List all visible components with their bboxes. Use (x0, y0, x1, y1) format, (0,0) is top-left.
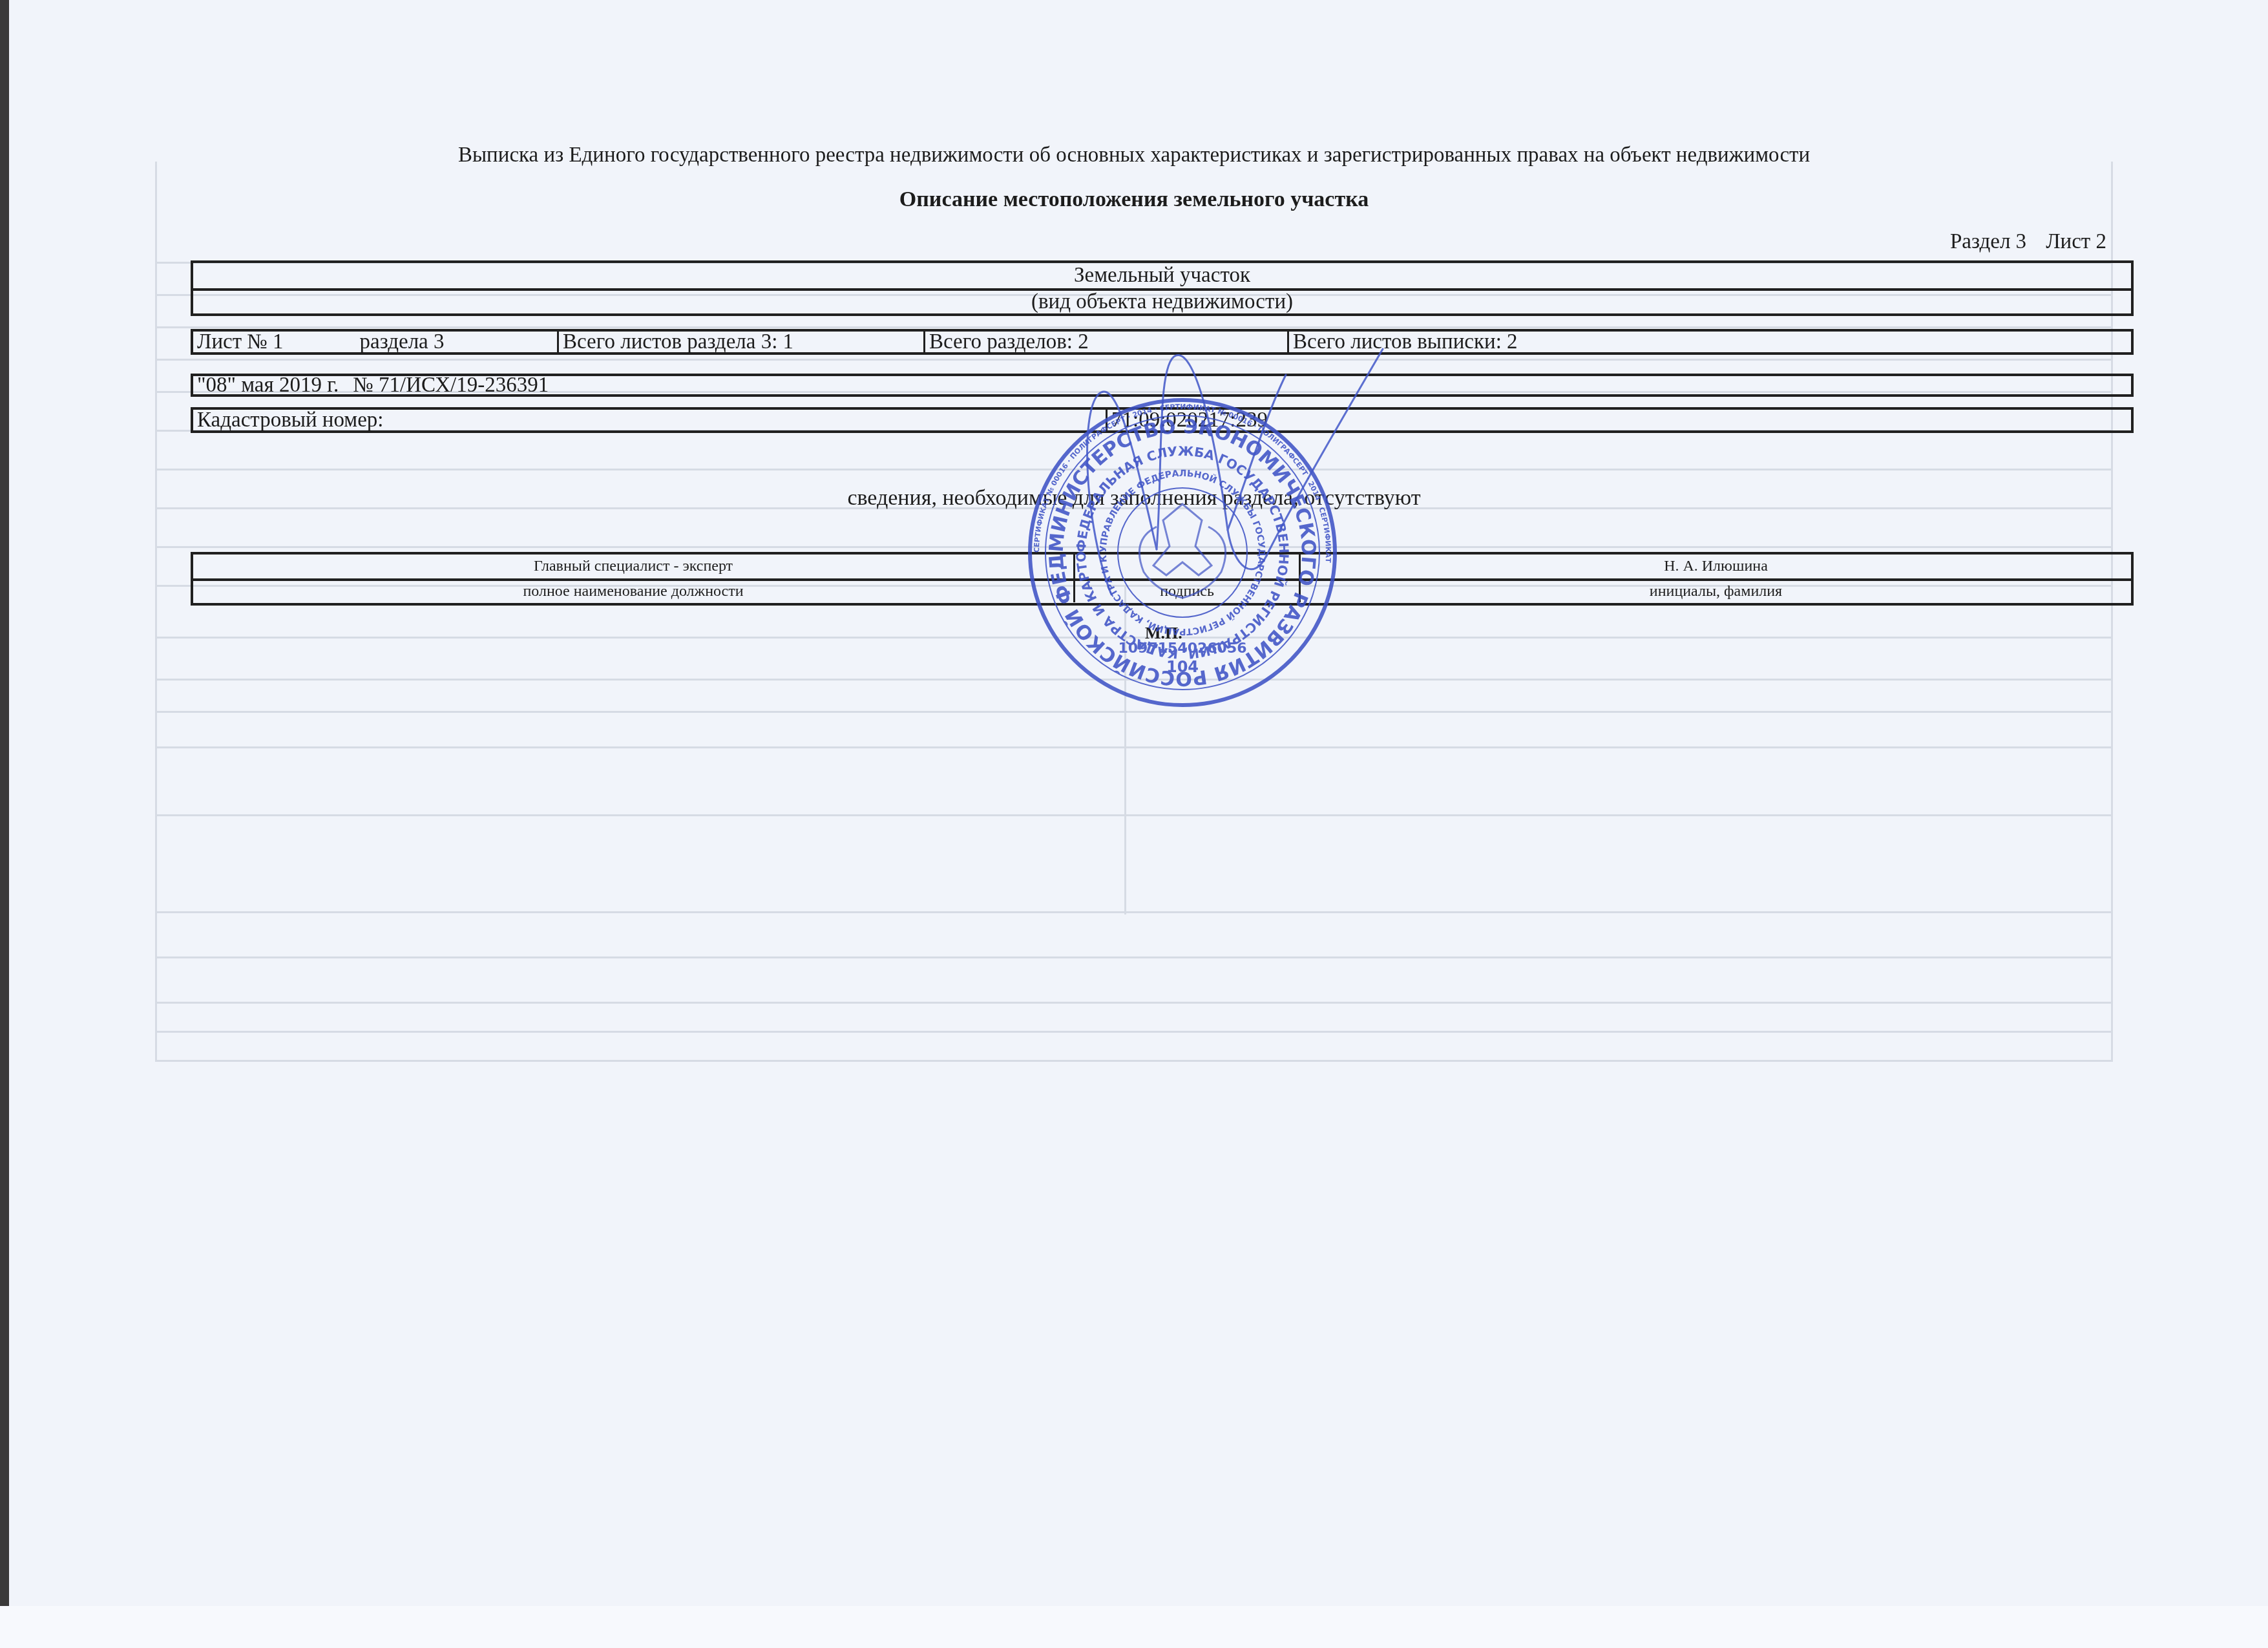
total-sections: Всего разделов: 2 (923, 332, 1287, 352)
object-type-value: Земельный участок (193, 263, 2131, 288)
official-name: Н. А. Илюшина (1299, 555, 2131, 578)
sheet-number-cell: Лист № 1 раздела 3 (193, 332, 557, 352)
position-caption: полное наименование должности (193, 581, 1073, 602)
sheet-info-row: Лист № 1 раздела 3 Всего листов раздела … (191, 329, 2134, 355)
scan-edge (0, 0, 9, 1606)
stamp-place-label: М.П. (1145, 624, 1182, 643)
signature-field (1073, 555, 1299, 578)
issue-date: "08" мая 2019 г. (197, 374, 339, 397)
name-caption: инициалы, фамилия (1299, 581, 2131, 602)
section-sheet-indicator: Раздел 3Лист 2 (1950, 230, 2106, 254)
missing-data-note: сведения, необходимые для заполнения раз… (0, 486, 2268, 511)
cadastral-value: 71:09:020217:239 (1106, 410, 2131, 430)
document-title: Выписка из Единого государственного реес… (0, 143, 2268, 167)
document-subtitle: Описание местоположения земельного участ… (0, 187, 2268, 212)
object-type-box: Земельный участок (вид объекта недвижимо… (191, 260, 2134, 316)
total-sheets-extract: Всего листов выписки: 2 (1287, 332, 2131, 352)
issue-date-row: "08" мая 2019 г. № 71/ИСХ/19-236391 (191, 374, 2134, 397)
signature-block: Главный специалист - эксперт Н. А. Илюши… (191, 552, 2134, 606)
section-label: Раздел 3 (1950, 230, 2026, 253)
total-sheets-section: Всего листов раздела 3: 1 (557, 332, 923, 352)
object-type-caption: (вид объекта недвижимости) (193, 291, 2131, 313)
issue-number: № 71/ИСХ/19-236391 (353, 374, 549, 397)
sheet-label: Лист 2 (2046, 230, 2106, 253)
signature-caption: подпись (1073, 581, 1299, 602)
issue-date-number: "08" мая 2019 г. № 71/ИСХ/19-236391 (193, 376, 2131, 394)
cadastral-label: Кадастровый номер: (193, 410, 1106, 430)
scan-bottom-strip (0, 1606, 2268, 1648)
cadastral-number-row: Кадастровый номер: 71:09:020217:239 (191, 407, 2134, 433)
sheet-number: Лист № 1 (197, 330, 284, 354)
official-position: Главный специалист - эксперт (193, 555, 1073, 578)
paper-sheet (9, 0, 2268, 1606)
sheet-of-section: раздела 3 (360, 330, 445, 354)
